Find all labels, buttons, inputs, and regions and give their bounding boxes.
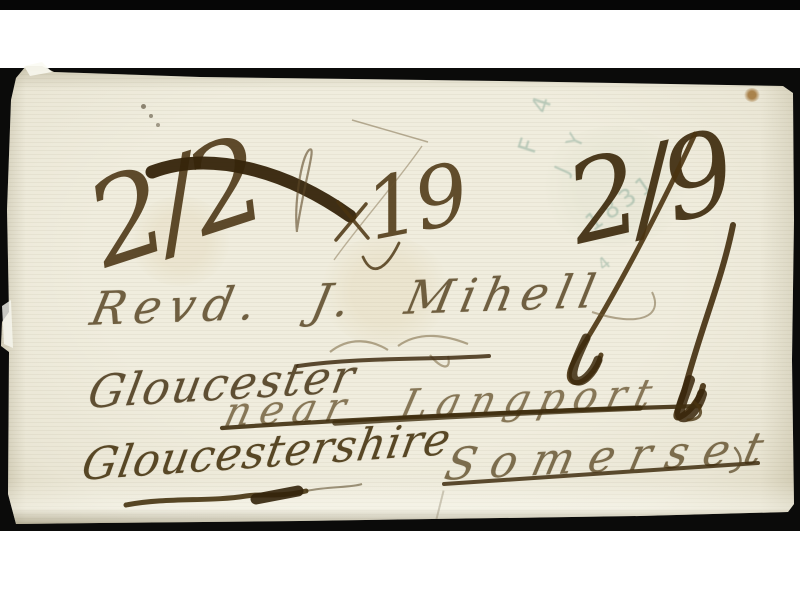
philatelic-cover-photo: F 4 J Y 1831 4 Revd. J. Mihell Glouceste… [0,0,800,599]
top-black-bar [0,0,800,10]
stain-speck [141,104,146,109]
stain-speck [149,114,153,118]
stain-spot [744,88,760,102]
faint-stain [130,196,230,286]
stain-speck [156,123,160,127]
